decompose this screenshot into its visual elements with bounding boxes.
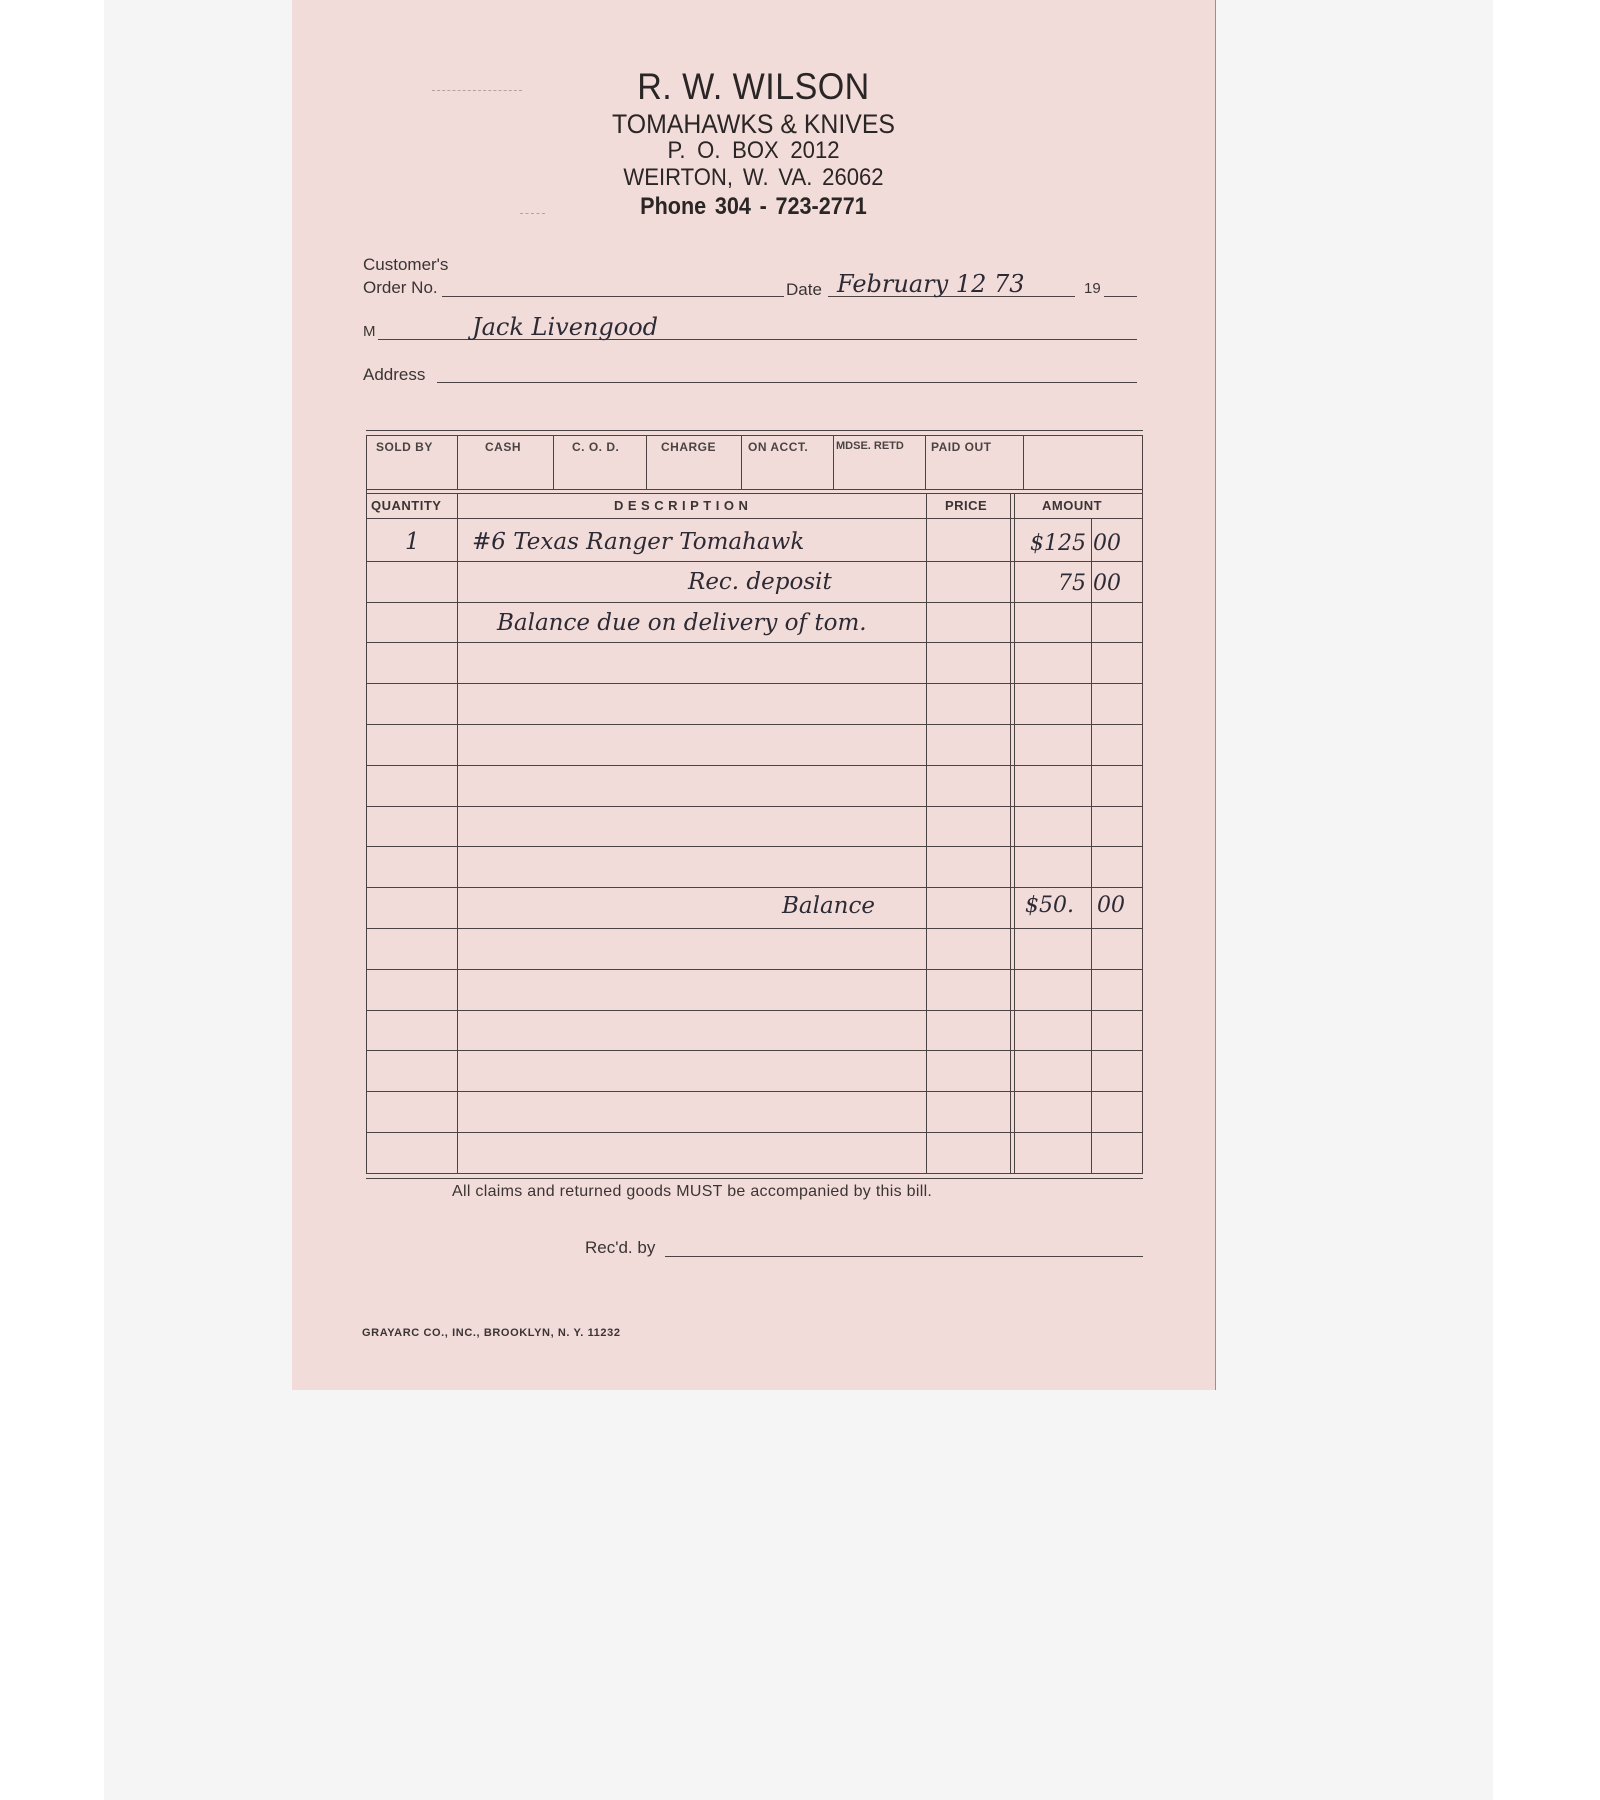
table-border	[366, 493, 1143, 494]
table-border	[366, 1173, 1143, 1174]
balance-cents: 00	[1097, 893, 1125, 918]
year-prefix-label: 19	[1084, 280, 1101, 297]
received-by-field[interactable]	[665, 1256, 1143, 1257]
payment-type-mdse-retd: MDSE. RETD	[836, 440, 904, 452]
printer-imprint: GRAYARC CO., INC., BROOKLYN, N. Y. 11232	[362, 1327, 621, 1339]
item-amount-dollars: $125	[1030, 531, 1086, 556]
received-by-label: Rec'd. by	[585, 1238, 655, 1258]
row-line	[366, 928, 1143, 929]
table-border	[366, 435, 1143, 436]
item-amount-dollars: 75	[1058, 571, 1086, 596]
claims-note: All claims and returned goods MUST be ac…	[452, 1183, 932, 1201]
row-line	[366, 765, 1143, 766]
row-line	[366, 683, 1143, 684]
po-box: P. O. BOX 2012	[329, 137, 1178, 165]
row-line	[366, 969, 1143, 970]
cash-cell[interactable]	[458, 455, 552, 488]
row-line	[366, 642, 1143, 643]
row-line	[366, 1091, 1143, 1092]
year-field[interactable]	[1104, 296, 1137, 297]
item-amount-cents: 00	[1093, 531, 1121, 556]
column-header-description: DESCRIPTION	[614, 498, 752, 513]
item-description: Rec. deposit	[688, 569, 832, 595]
table-divider	[1014, 493, 1015, 1173]
on-acct-cell[interactable]	[742, 455, 832, 488]
address-label: Address	[363, 365, 425, 385]
table-border	[1142, 435, 1143, 1173]
item-amount-cents: 00	[1093, 571, 1121, 596]
mdse-retd-cell[interactable]	[834, 455, 924, 488]
payment-type-cash: CASH	[485, 440, 521, 454]
row-line	[366, 602, 1143, 603]
row-line	[366, 1010, 1143, 1011]
column-header-amount: AMOUNT	[1042, 498, 1102, 513]
payment-type-charge: CHARGE	[661, 440, 716, 454]
table-divider	[926, 493, 927, 1173]
balance-dollars: $50.	[1025, 893, 1074, 918]
payment-type-on-acct: ON ACCT.	[748, 440, 808, 454]
sold-by-cell[interactable]	[367, 455, 456, 488]
row-line	[366, 1132, 1143, 1133]
column-header-price: PRICE	[945, 498, 987, 513]
row-line	[366, 846, 1143, 847]
customer-name-value: Jack Livengood	[472, 313, 658, 341]
address-field[interactable]	[437, 382, 1137, 383]
table-border	[366, 1178, 1143, 1179]
blank-cell[interactable]	[1024, 437, 1141, 488]
order-no-label: Order No.	[363, 278, 438, 298]
row-line	[366, 1050, 1143, 1051]
table-border	[366, 489, 1143, 490]
order-no-field[interactable]	[442, 296, 784, 297]
invoice-paper: R. W. WILSON TOMAHAWKS & KNIVES P. O. BO…	[292, 0, 1215, 1390]
row-line	[366, 887, 1143, 888]
balance-label: Balance	[782, 893, 875, 919]
payment-type-paid-out: PAID OUT	[931, 440, 991, 454]
business-tagline: TOMAHAWKS & KNIVES	[329, 109, 1178, 140]
business-name: R. W. WILSON	[329, 66, 1178, 108]
date-label: Date	[786, 280, 822, 300]
item-description: #6 Texas Ranger Tomahawk	[472, 529, 804, 555]
item-quantity: 1	[405, 529, 420, 555]
name-label: M	[363, 323, 376, 340]
charge-cell[interactable]	[647, 455, 740, 488]
table-border	[366, 518, 1143, 519]
payment-type-sold-by: SOLD BY	[376, 440, 433, 454]
row-line	[366, 724, 1143, 725]
payment-type-cod: C. O. D.	[572, 440, 619, 454]
table-divider	[1010, 493, 1011, 1173]
column-header-quantity: QUANTITY	[371, 498, 441, 513]
row-line	[366, 561, 1143, 562]
table-border	[366, 435, 367, 1173]
cod-cell[interactable]	[554, 455, 645, 488]
date-value: February 12 73	[837, 270, 1025, 298]
table-divider	[457, 493, 458, 1173]
row-line	[366, 806, 1143, 807]
customers-label: Customer's	[363, 255, 448, 275]
paid-out-cell[interactable]	[926, 455, 1022, 488]
city-state-zip: WEIRTON, W. VA. 26062	[329, 164, 1178, 192]
table-border	[366, 430, 1143, 431]
item-description: Balance due on delivery of tom.	[497, 610, 867, 636]
phone-number: Phone 304 - 723-2771	[338, 193, 1169, 221]
